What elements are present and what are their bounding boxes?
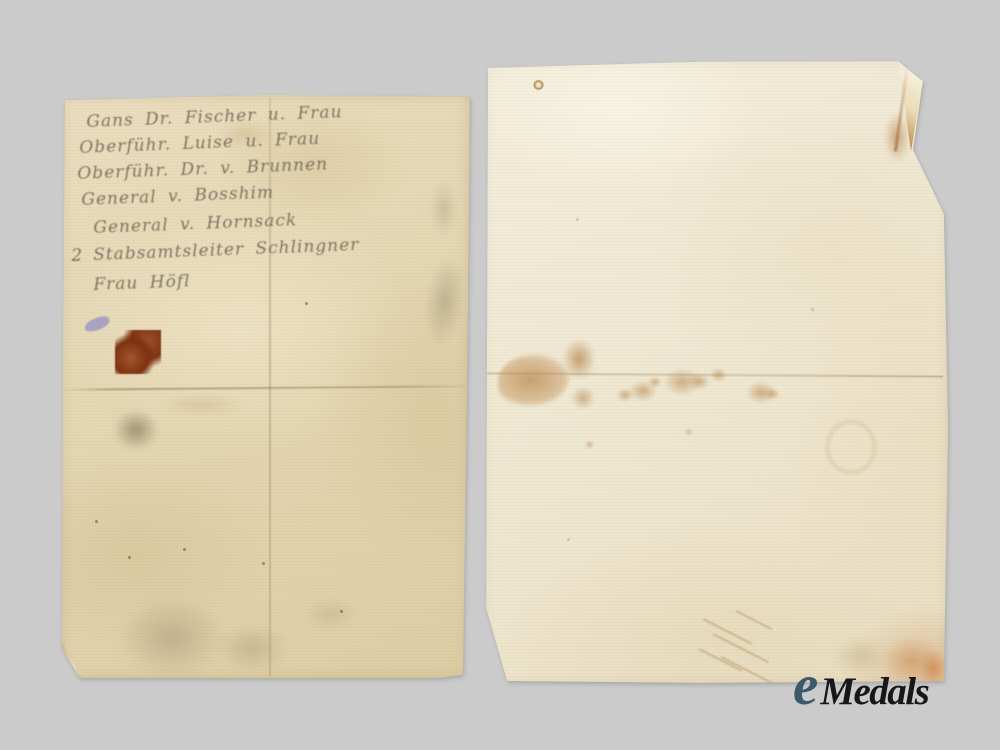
smudge-stain: [112, 408, 160, 452]
speck: [340, 610, 343, 613]
smudge-stain: [213, 622, 291, 674]
small-brown-spot: [533, 80, 544, 90]
foxing-stain: [663, 368, 701, 396]
horizontal-fold-crease: [487, 372, 943, 377]
emedals-logo-e: e: [793, 654, 818, 717]
speck: [576, 218, 579, 221]
folded-corner-top-right: [893, 58, 927, 156]
handwriting-line: General v. Bosshim: [81, 183, 274, 210]
grey-smudge: [416, 247, 474, 354]
right-document-paper: [481, 58, 949, 686]
speck: [183, 548, 186, 551]
photo-scene: Gans Dr. Fischer u. Frau Oberführ. Luise…: [0, 0, 1000, 750]
stain: [157, 392, 247, 418]
foxing-stain: [648, 376, 662, 388]
foxing-stain: [571, 386, 595, 410]
handwriting-line: Frau Höfl: [93, 271, 191, 295]
speck: [262, 562, 265, 565]
speck: [567, 538, 570, 541]
ring-stain: [826, 420, 876, 474]
speck: [95, 520, 98, 523]
scuff-scratch: [699, 648, 743, 672]
smudge-stain: [113, 594, 231, 682]
emedals-watermark: eMedals: [793, 657, 928, 714]
fold-stain: [883, 110, 911, 165]
horizontal-fold-crease: [62, 385, 466, 391]
smudge-stain: [303, 597, 358, 631]
handwriting-line: 2Stabsamtsleiter Schlingner: [71, 235, 360, 266]
purple-pencil-mark: [83, 314, 111, 333]
handwriting-line: Oberführ. Dr. v. Brunnen: [77, 154, 328, 184]
foxing-stain: [616, 388, 634, 402]
speck: [811, 308, 814, 311]
foxing-stain: [498, 354, 570, 406]
foxing-stain: [764, 388, 780, 400]
foxing-spot: [585, 440, 594, 449]
emedals-logo-text: Medals: [820, 670, 928, 713]
handwriting-line-marker: 2: [71, 246, 84, 266]
handwriting-line: General v. Hornsack: [93, 210, 298, 238]
left-document-photo-reverse: Gans Dr. Fischer u. Frau Oberführ. Luise…: [57, 92, 472, 682]
right-document-photo-reverse: [481, 58, 949, 686]
foxing-stain: [629, 380, 657, 402]
handwriting-line: Gans Dr. Fischer u. Frau: [86, 102, 343, 132]
grey-smudge: [429, 178, 459, 240]
dark-red-brown-stain: [115, 330, 161, 374]
scuff-scratch: [736, 610, 773, 630]
foxing-spot: [685, 428, 693, 436]
folded-corner-bottom-left: [57, 640, 85, 682]
left-document-paper: Gans Dr. Fischer u. Frau Oberführ. Luise…: [57, 92, 472, 682]
handwriting-line: Oberführ. Luise u. Frau: [79, 129, 320, 158]
foxing-stain: [746, 381, 776, 404]
speck: [305, 302, 308, 305]
fold-seam-shadow: [894, 64, 909, 152]
speck: [128, 556, 131, 559]
